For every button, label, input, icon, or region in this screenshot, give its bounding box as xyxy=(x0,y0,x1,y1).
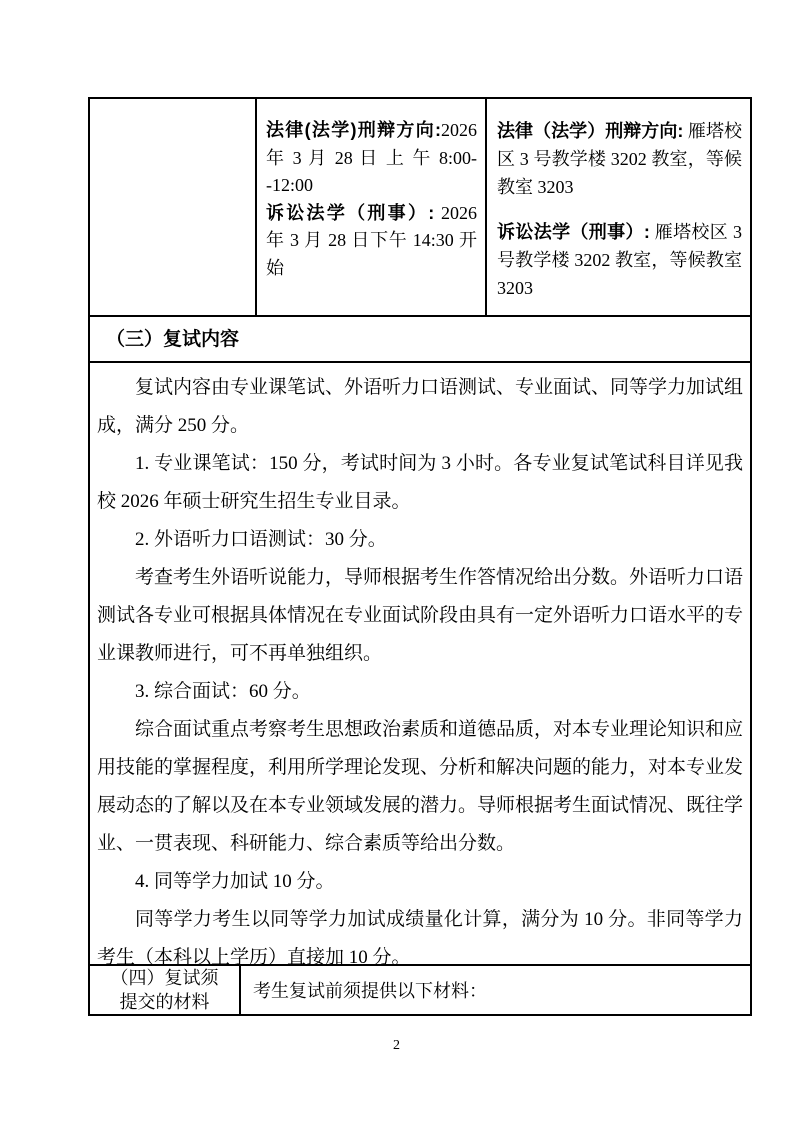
section3-heading: （三）复试内容 xyxy=(90,317,750,362)
table-row-exam-schedule: 法律(法学)刑辩方向:2026 年 3 月 28 日 上 午 8:00--12:… xyxy=(90,99,750,315)
page-number: 2 xyxy=(0,1038,793,1054)
paragraph-written-test: 1. 专业课笔试：150 分，考试时间为 3 小时。各专业复试笔试科目详见我校 … xyxy=(97,445,743,521)
exam-time-entry-procedure: 诉讼法学（刑事）: 2026 年 3 月 28 日下午 14:30 开始 xyxy=(266,200,477,283)
section4-content-cell: 考生复试前须提供以下材料： xyxy=(241,966,750,1014)
exam-location-entry-procedure: 诉讼法学（刑事）: 雁塔校区 3 号教学楼 3202 教室，等候教室 3203 xyxy=(497,218,742,302)
table-row-section3-content: 复试内容由专业课笔试、外语听力口语测试、专业面试、同等学力加试组成，满分 250… xyxy=(90,361,750,964)
exam-location-entry-law: 法律（法学）刑辩方向: 雁塔校区 3 号教学楼 3202 教室，等候教室 320… xyxy=(497,117,742,201)
paragraph-foreign-language-test: 2. 外语听力口语测试：30 分。 xyxy=(97,521,743,559)
paragraph-foreign-language-detail: 考查考生外语听说能力，导师根据考生作答情况给出分数。外语听力口语测试各专业可根据… xyxy=(97,559,743,673)
paragraph-reexam-components: 复试内容由专业课笔试、外语听力口语测试、专业面试、同等学力加试组成，满分 250… xyxy=(97,369,743,445)
exam-location-law-label: 法律（法学）刑辩方向: xyxy=(497,121,683,141)
reexam-schedule-table: 法律(法学)刑辩方向:2026 年 3 月 28 日 上 午 8:00--12:… xyxy=(88,97,752,1016)
table-row-section4: （四）复试须提交的材料 考生复试前须提供以下材料： xyxy=(90,964,750,1014)
exam-time-procedure-label: 诉讼法学（刑事）: xyxy=(266,203,434,223)
exam-location-procedure-label: 诉讼法学（刑事）: xyxy=(497,222,650,242)
paragraph-equivalent-test: 4. 同等学力加试 10 分。 xyxy=(97,863,743,901)
table-cell-exam-time: 法律(法学)刑辩方向:2026 年 3 月 28 日 上 午 8:00--12:… xyxy=(257,99,487,315)
table-cell-empty xyxy=(90,99,257,315)
section4-label-cell: （四）复试须提交的材料 xyxy=(90,966,241,1014)
paragraph-interview-detail: 综合面试重点考察考生思想政治素质和道德品质，对本专业理论知识和应用技能的掌握程度… xyxy=(97,711,743,863)
table-row-section3-heading: （三）复试内容 xyxy=(90,315,750,361)
exam-time-law-label: 法律(法学)刑辩方向: xyxy=(266,120,441,140)
table-cell-exam-location: 法律（法学）刑辩方向: 雁塔校区 3 号教学楼 3202 教室，等候教室 320… xyxy=(487,99,750,315)
paragraph-comprehensive-interview: 3. 综合面试：60 分。 xyxy=(97,673,743,711)
exam-time-entry-law: 法律(法学)刑辩方向:2026 年 3 月 28 日 上 午 8:00--12:… xyxy=(266,117,477,200)
